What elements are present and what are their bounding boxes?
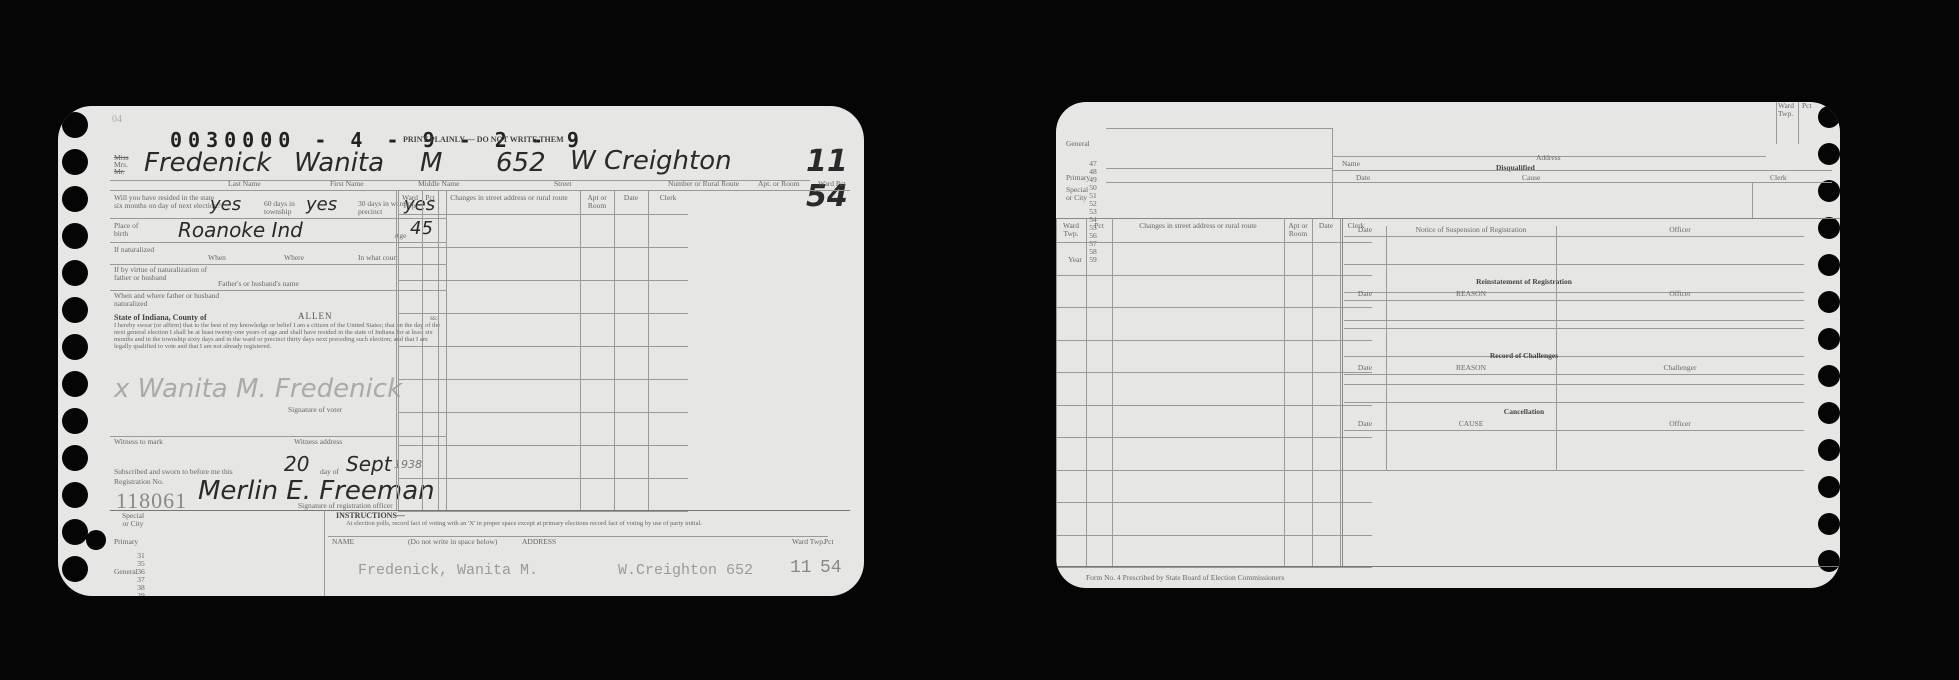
ss-label: ss: bbox=[430, 314, 438, 322]
address-column-label: ADDRESS bbox=[522, 538, 556, 546]
primary-label: Primary bbox=[1066, 174, 1090, 182]
divider bbox=[1340, 218, 1341, 566]
table-row bbox=[1056, 242, 1372, 243]
header-instruction: PRINT PLAINLY — DO NOT WRITE THEM bbox=[403, 136, 564, 144]
year-cell: 39 bbox=[132, 592, 150, 596]
table-row bbox=[398, 313, 688, 314]
divider bbox=[1056, 218, 1057, 566]
days-township-value: yes bbox=[306, 194, 337, 215]
divider bbox=[1332, 182, 1832, 183]
signature-officer-label: Signature of registration officer bbox=[298, 502, 393, 510]
table-header: Ward Twp. bbox=[398, 194, 422, 210]
punch-hole bbox=[62, 186, 88, 212]
typed-ward: 11 bbox=[790, 558, 812, 578]
section-title: Cancellation bbox=[1424, 408, 1624, 416]
year-row: Year31353637383940414243444546 bbox=[114, 552, 324, 596]
section-header: Officer bbox=[1556, 420, 1804, 428]
instructions-text: At election polls, record fact of voting… bbox=[346, 520, 746, 527]
punch-hole bbox=[62, 112, 88, 138]
table-row bbox=[1056, 340, 1372, 341]
section-header: Officer bbox=[1556, 226, 1804, 234]
number-rural-label: Number or Rural Route bbox=[668, 180, 739, 188]
punch-hole bbox=[62, 556, 88, 582]
table-row bbox=[1056, 307, 1372, 308]
table-row bbox=[1056, 372, 1372, 373]
subscribed-label: Subscribed and sworn to before me this bbox=[114, 468, 233, 476]
special-city-label: Special or City bbox=[1066, 186, 1096, 202]
registration-card-front: 04 0030000 - 4 - 9 - 2 - 9 PRINT PLAINLY… bbox=[58, 106, 864, 596]
punch-hole bbox=[1818, 291, 1840, 313]
table-row bbox=[1056, 502, 1372, 503]
table-header: Apt or Room bbox=[580, 194, 614, 210]
divider bbox=[1556, 420, 1557, 470]
divider bbox=[110, 190, 850, 191]
section-header: Date bbox=[1344, 290, 1386, 298]
table-row bbox=[1344, 402, 1804, 403]
divider bbox=[422, 190, 423, 510]
section-header: Notice of Suspension of Registration bbox=[1386, 226, 1556, 234]
divider bbox=[614, 190, 615, 510]
table-row bbox=[398, 445, 688, 446]
table-row bbox=[1344, 328, 1804, 329]
table-header: Clerk bbox=[648, 194, 688, 202]
cause-label: Cause bbox=[1522, 174, 1540, 182]
first-name-label: First Name bbox=[330, 180, 364, 188]
section-title: Record of Challenges bbox=[1424, 352, 1624, 360]
day-of-label: day of bbox=[320, 468, 339, 476]
table-row bbox=[398, 247, 688, 248]
typed-name: Fredenick, Wanita M. bbox=[358, 562, 538, 579]
section-header: Challenger bbox=[1556, 364, 1804, 372]
punch-hole bbox=[1818, 328, 1840, 350]
punch-hole bbox=[62, 371, 88, 397]
general-label: General bbox=[1066, 140, 1090, 148]
section-header: Officer bbox=[1556, 290, 1804, 298]
place-birth-value: Roanoke Ind bbox=[178, 218, 303, 242]
last-name-label: Last Name bbox=[228, 180, 261, 188]
punch-hole bbox=[62, 408, 88, 434]
where-label: Where bbox=[284, 254, 304, 262]
signature-voter-label: Signature of voter bbox=[288, 406, 342, 414]
section-header: REASON bbox=[1386, 290, 1556, 298]
punch-hole bbox=[1818, 476, 1840, 498]
divider bbox=[1056, 218, 1840, 219]
table-row bbox=[1056, 437, 1372, 438]
county-value: ALLEN bbox=[298, 312, 333, 320]
table-row bbox=[398, 280, 688, 281]
ward-twp-label: Ward Twp. bbox=[792, 538, 825, 546]
registration-card-back: General Year47484950515253545556575859 P… bbox=[1056, 102, 1840, 588]
divider bbox=[1342, 218, 1343, 566]
punch-hole bbox=[1818, 106, 1840, 128]
instructions-title: INSTRUCTIONS— bbox=[336, 512, 405, 520]
table-row bbox=[1056, 275, 1372, 276]
sworn-month-value: Sept bbox=[346, 452, 392, 476]
punch-hole bbox=[62, 223, 88, 249]
father-name-label: Father's or husband's name bbox=[218, 280, 299, 288]
table-row bbox=[1344, 300, 1804, 301]
general-label: General bbox=[114, 568, 138, 576]
voter-signature: x Wanita M. Fredenick bbox=[114, 374, 402, 404]
divider bbox=[1056, 566, 1840, 567]
divider bbox=[1106, 182, 1332, 183]
divider bbox=[324, 510, 325, 596]
table-row bbox=[1344, 374, 1804, 375]
clerk-label: Clerk bbox=[1770, 174, 1787, 182]
street-label: Street bbox=[554, 180, 572, 188]
section-header: CAUSE bbox=[1386, 420, 1556, 428]
year-row: Year47484950515253545556575859 bbox=[1066, 160, 1366, 264]
punch-hole bbox=[62, 297, 88, 323]
place-birth-label: Place of birth bbox=[114, 222, 154, 238]
table-row bbox=[398, 379, 688, 380]
ward-pct-label: Ward Pct bbox=[818, 180, 846, 188]
punch-hole bbox=[62, 260, 88, 286]
divider bbox=[1798, 102, 1799, 144]
do-not-write-label: (Do not write in space below) bbox=[408, 538, 497, 546]
table-row bbox=[1056, 535, 1372, 536]
divider bbox=[1386, 420, 1387, 470]
table-header: Date bbox=[614, 194, 648, 202]
table-row bbox=[1344, 320, 1804, 321]
divider bbox=[1752, 182, 1753, 218]
table-header: Changes in street address or rural route bbox=[1112, 222, 1284, 230]
address-label: Address bbox=[1536, 154, 1561, 162]
divider bbox=[1312, 218, 1313, 566]
primary-label: Primary bbox=[114, 538, 138, 546]
table-row bbox=[1344, 470, 1804, 471]
table-row bbox=[398, 511, 688, 512]
divider bbox=[580, 190, 581, 510]
date-label: Date bbox=[1356, 174, 1370, 182]
punch-hole bbox=[62, 149, 88, 175]
divider bbox=[328, 536, 828, 537]
section-title: Reinstatement of Registration bbox=[1424, 278, 1624, 286]
last-name-value: Fredenick bbox=[144, 148, 271, 178]
form-footer: Form No. 4 Prescribed by State Board of … bbox=[1086, 574, 1284, 582]
section-header: REASON bbox=[1386, 364, 1556, 372]
virtue-label: If by virtue of naturalization of father… bbox=[114, 266, 214, 282]
witness-mark-label: Witness to mark bbox=[114, 438, 163, 446]
punch-hole bbox=[1818, 143, 1840, 165]
punch-hole bbox=[1818, 513, 1840, 535]
table-row bbox=[398, 412, 688, 413]
table-row bbox=[398, 346, 688, 347]
street-value: W Creighton bbox=[570, 146, 732, 176]
corner-mark: 04 bbox=[112, 116, 122, 124]
divider bbox=[1284, 218, 1285, 566]
resided-state-label: Will you have resided in the state six m… bbox=[114, 194, 224, 210]
typed-pct: 54 bbox=[820, 558, 842, 578]
section-header: Date bbox=[1344, 420, 1386, 428]
when-label: When bbox=[208, 254, 226, 262]
divider bbox=[110, 510, 850, 511]
name-column-label: NAME bbox=[332, 538, 354, 546]
section-header: Date bbox=[1344, 226, 1386, 234]
punch-hole bbox=[1818, 217, 1840, 239]
divider bbox=[1106, 128, 1332, 129]
divider bbox=[648, 190, 649, 510]
pct-top-label: Pct bbox=[1802, 102, 1812, 110]
table-header: Changes in street address or rural route bbox=[438, 194, 580, 202]
registration-no-label: Registration No. bbox=[114, 478, 164, 486]
divider bbox=[1086, 218, 1087, 566]
middle-name-value: M bbox=[420, 148, 442, 178]
punch-hole bbox=[1818, 439, 1840, 461]
table-row bbox=[1056, 405, 1372, 406]
table-row bbox=[1056, 470, 1372, 471]
punch-hole bbox=[1818, 180, 1840, 202]
sworn-day-value: 20 bbox=[284, 452, 309, 476]
divider bbox=[398, 190, 399, 510]
punch-hole bbox=[62, 482, 88, 508]
table-header: Apt or Room bbox=[1284, 222, 1312, 238]
table-row bbox=[1344, 384, 1804, 385]
divider bbox=[1112, 218, 1113, 566]
section-header: Date bbox=[1344, 364, 1386, 372]
divider bbox=[1332, 128, 1333, 218]
punch-hole bbox=[62, 445, 88, 471]
table-header: Ward Twp. bbox=[1056, 222, 1086, 238]
punch-hole bbox=[1818, 402, 1840, 424]
table-header: Pct bbox=[1086, 222, 1112, 230]
street-number-value: 652 bbox=[496, 148, 546, 178]
divider bbox=[1776, 102, 1777, 144]
table-row bbox=[398, 478, 688, 479]
middle-name-label: Middle Name bbox=[418, 180, 459, 188]
typed-address: W.Creighton 652 bbox=[618, 562, 753, 579]
resided-state-value: yes bbox=[210, 194, 241, 215]
witness-address-label: Witness address bbox=[294, 438, 342, 446]
punch-hole bbox=[1818, 550, 1840, 572]
oath-text: I hereby swear (or affirm) that to the b… bbox=[114, 322, 444, 350]
special-city-label: Special or City bbox=[118, 512, 148, 528]
name-label: Name bbox=[1342, 160, 1360, 168]
punch-hole bbox=[1818, 365, 1840, 387]
table-header: Date bbox=[1312, 222, 1340, 230]
table-row bbox=[1344, 236, 1804, 237]
punch-hole bbox=[62, 519, 88, 545]
punch-hole bbox=[1818, 254, 1840, 276]
table-row bbox=[398, 214, 688, 215]
table-row bbox=[1056, 567, 1372, 568]
divider bbox=[1332, 170, 1832, 171]
apt-room-label: Apt. or Room bbox=[758, 180, 799, 188]
table-row bbox=[1344, 430, 1804, 431]
when-where-father-label: When and where father or husband natural… bbox=[114, 292, 224, 308]
title-options: Miss Mrs. Mr. bbox=[114, 154, 129, 175]
table-row bbox=[1344, 264, 1804, 265]
court-label: In what court bbox=[358, 254, 398, 262]
divider bbox=[396, 190, 397, 510]
table-header: Pct bbox=[422, 194, 438, 202]
naturalized-label: If naturalized bbox=[114, 246, 164, 254]
divider bbox=[446, 190, 447, 510]
punch-hole bbox=[86, 530, 106, 550]
pct-label: Pct bbox=[824, 538, 834, 546]
divider bbox=[438, 190, 439, 510]
first-name-value: Wanita bbox=[294, 148, 384, 178]
divider bbox=[1106, 168, 1332, 169]
punch-hole bbox=[62, 334, 88, 360]
state-county-label: State of Indiana, County of bbox=[114, 314, 207, 322]
